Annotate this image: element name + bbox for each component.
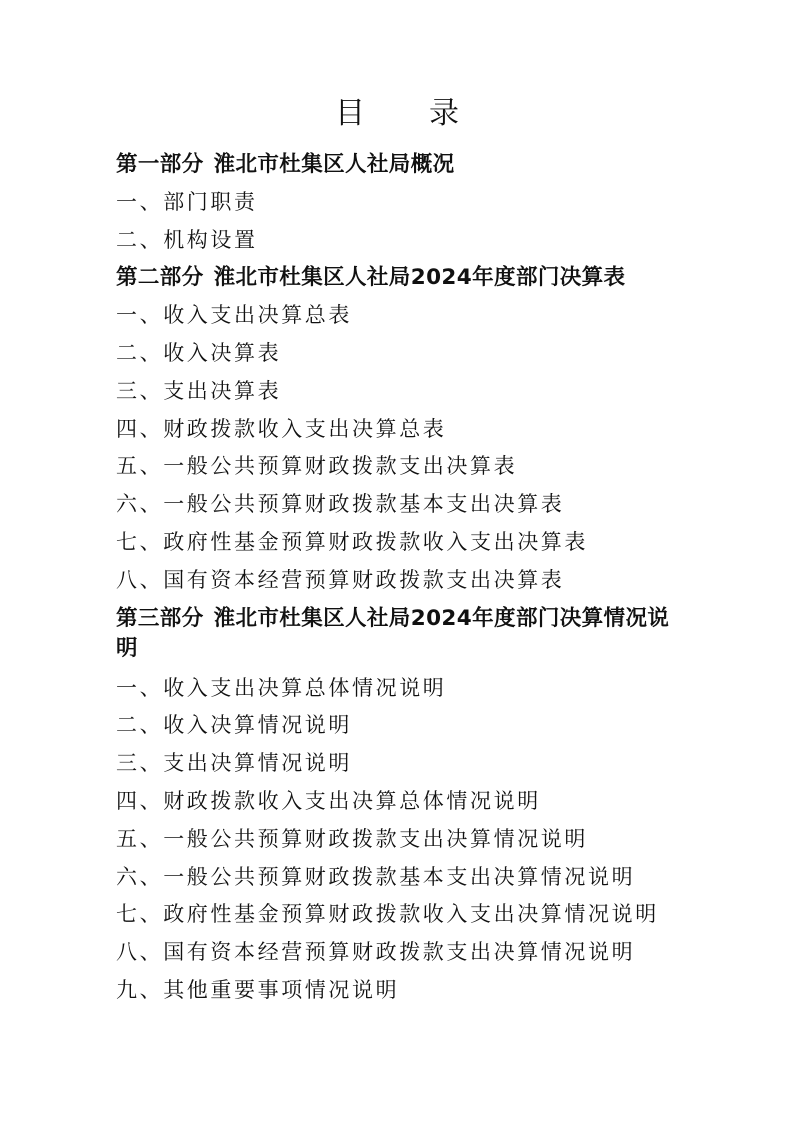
toc-part-3-heading[interactable]: 第三部分淮北市杜集区人社局2024年度部门决算情况说明 [116, 600, 686, 670]
part-label: 第一部分 [116, 152, 204, 177]
page-title: 目录 [0, 94, 794, 134]
toc-item[interactable]: 六、一般公共预算财政拨款基本支出决算表 [116, 486, 696, 524]
toc-item[interactable]: 五、一般公共预算财政拨款支出决算情况说明 [116, 821, 696, 859]
toc-item[interactable]: 八、国有资本经营预算财政拨款支出决算表 [116, 562, 696, 600]
table-of-contents: 第一部分淮北市杜集区人社局概况 一、部门职责 二、机构设置 第二部分淮北市杜集区… [116, 146, 696, 1010]
toc-item[interactable]: 二、收入决算表 [116, 335, 696, 373]
part-title: 淮北市杜集区人社局2024年度部门决算表 [214, 265, 626, 290]
toc-item[interactable]: 一、收入支出决算总表 [116, 297, 696, 335]
title-char-2: 录 [429, 94, 459, 134]
toc-item[interactable]: 七、政府性基金预算财政拨款收入支出决算情况说明 [116, 896, 696, 934]
toc-item[interactable]: 四、财政拨款收入支出决算总表 [116, 411, 696, 449]
title-char-1: 目 [335, 94, 365, 134]
toc-item[interactable]: 一、部门职责 [116, 184, 696, 222]
toc-item[interactable]: 三、支出决算情况说明 [116, 745, 696, 783]
toc-item[interactable]: 九、其他重要事项情况说明 [116, 972, 696, 1010]
toc-part-2-heading[interactable]: 第二部分淮北市杜集区人社局2024年度部门决算表 [116, 259, 696, 297]
toc-item[interactable]: 五、一般公共预算财政拨款支出决算表 [116, 448, 696, 486]
part-title: 淮北市杜集区人社局概况 [214, 152, 455, 177]
toc-item[interactable]: 二、机构设置 [116, 222, 696, 260]
toc-item[interactable]: 七、政府性基金预算财政拨款收入支出决算表 [116, 524, 696, 562]
toc-item[interactable]: 六、一般公共预算财政拨款基本支出决算情况说明 [116, 859, 696, 897]
toc-item[interactable]: 一、收入支出决算总体情况说明 [116, 670, 696, 708]
part-label: 第二部分 [116, 265, 204, 290]
toc-item[interactable]: 二、收入决算情况说明 [116, 707, 696, 745]
toc-part-1-heading[interactable]: 第一部分淮北市杜集区人社局概况 [116, 146, 696, 184]
toc-item[interactable]: 四、财政拨款收入支出决算总体情况说明 [116, 783, 696, 821]
toc-item[interactable]: 八、国有资本经营预算财政拨款支出决算情况说明 [116, 934, 696, 972]
part-label: 第三部分 [116, 606, 204, 631]
toc-item[interactable]: 三、支出决算表 [116, 373, 696, 411]
